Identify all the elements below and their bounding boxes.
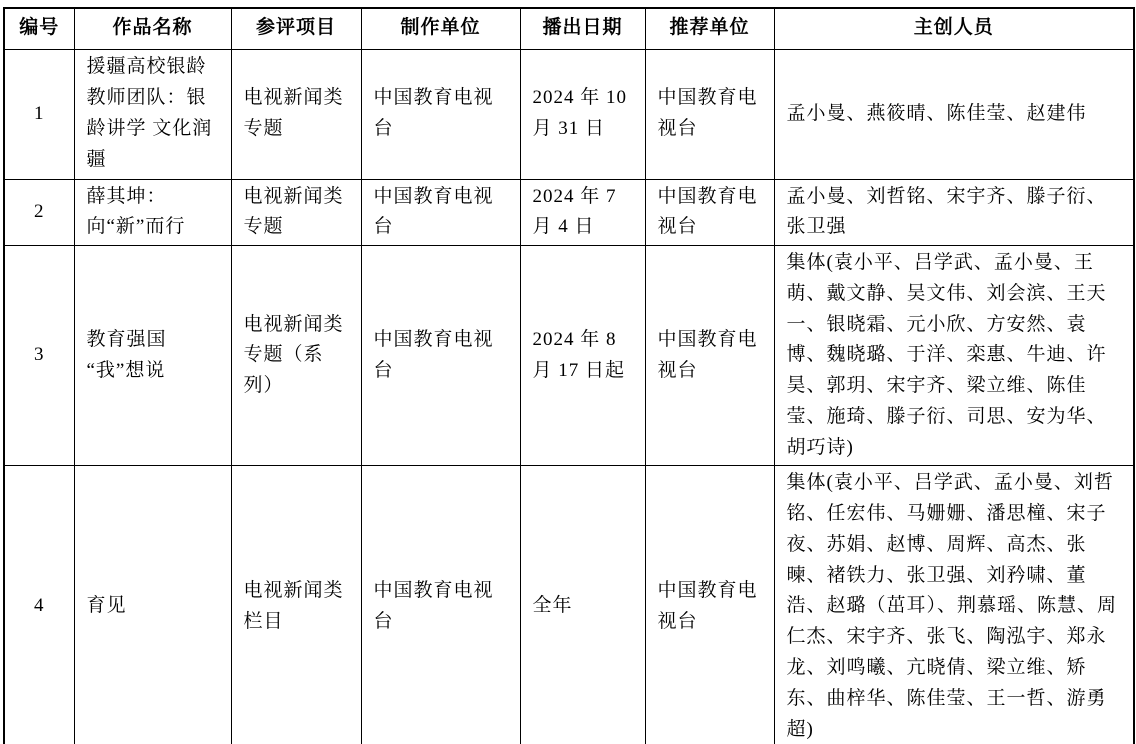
col-header-category: 参评项目 — [231, 8, 361, 49]
cell-category: 电视新闻类专题 — [231, 49, 361, 179]
table-row: 4 育见 电视新闻类栏目 中国教育电视台 全年 中国教育电视台 集体(袁小平、吕… — [4, 466, 1134, 744]
cell-producer: 中国教育电视台 — [361, 179, 520, 246]
col-header-title: 作品名称 — [74, 8, 231, 49]
cell-no: 4 — [4, 466, 74, 744]
cell-recommender: 中国教育电视台 — [645, 246, 774, 466]
cell-air-date: 全年 — [520, 466, 645, 744]
col-header-creators: 主创人员 — [774, 8, 1134, 49]
cell-title: 育见 — [74, 466, 231, 744]
cell-no: 3 — [4, 246, 74, 466]
col-header-producer: 制作单位 — [361, 8, 520, 49]
cell-title: 薛其坤：向“新”而行 — [74, 179, 231, 246]
cell-producer: 中国教育电视台 — [361, 246, 520, 466]
cell-air-date: 2024 年 7 月 4 日 — [520, 179, 645, 246]
award-entries-table: 编号 作品名称 参评项目 制作单位 播出日期 推荐单位 主创人员 1 援疆高校银… — [3, 7, 1135, 744]
cell-recommender: 中国教育电视台 — [645, 179, 774, 246]
col-header-no: 编号 — [4, 8, 74, 49]
cell-producer: 中国教育电视台 — [361, 49, 520, 179]
cell-no: 2 — [4, 179, 74, 246]
cell-creators: 孟小曼、燕筱晴、陈佳莹、赵建伟 — [774, 49, 1134, 179]
col-header-air-date: 播出日期 — [520, 8, 645, 49]
cell-category: 电视新闻类专题 — [231, 179, 361, 246]
table-row: 3 教育强国 “我”想说 电视新闻类专题（系列） 中国教育电视台 2024 年 … — [4, 246, 1134, 466]
cell-creators: 孟小曼、刘哲铭、宋宇齐、滕子衍、张卫强 — [774, 179, 1134, 246]
cell-title: 援疆高校银龄教师团队：银龄讲学 文化润疆 — [74, 49, 231, 179]
cell-air-date: 2024 年 8 月 17 日起 — [520, 246, 645, 466]
cell-air-date: 2024 年 10 月 31 日 — [520, 49, 645, 179]
cell-creators: 集体(袁小平、吕学武、孟小曼、王萌、戴文静、吴文伟、刘会滨、王天一、银晓霜、元小… — [774, 246, 1134, 466]
cell-category: 电视新闻类栏目 — [231, 466, 361, 744]
cell-recommender: 中国教育电视台 — [645, 49, 774, 179]
cell-producer: 中国教育电视台 — [361, 466, 520, 744]
cell-category: 电视新闻类专题（系列） — [231, 246, 361, 466]
cell-title: 教育强国 “我”想说 — [74, 246, 231, 466]
cell-recommender: 中国教育电视台 — [645, 466, 774, 744]
col-header-recommender: 推荐单位 — [645, 8, 774, 49]
cell-creators: 集体(袁小平、吕学武、孟小曼、刘哲铭、任宏伟、马姗姗、潘思橦、宋子夜、苏娟、赵博… — [774, 466, 1134, 744]
table-row: 2 薛其坤：向“新”而行 电视新闻类专题 中国教育电视台 2024 年 7 月 … — [4, 179, 1134, 246]
header-row: 编号 作品名称 参评项目 制作单位 播出日期 推荐单位 主创人员 — [4, 8, 1134, 49]
cell-no: 1 — [4, 49, 74, 179]
table-row: 1 援疆高校银龄教师团队：银龄讲学 文化润疆 电视新闻类专题 中国教育电视台 2… — [4, 49, 1134, 179]
